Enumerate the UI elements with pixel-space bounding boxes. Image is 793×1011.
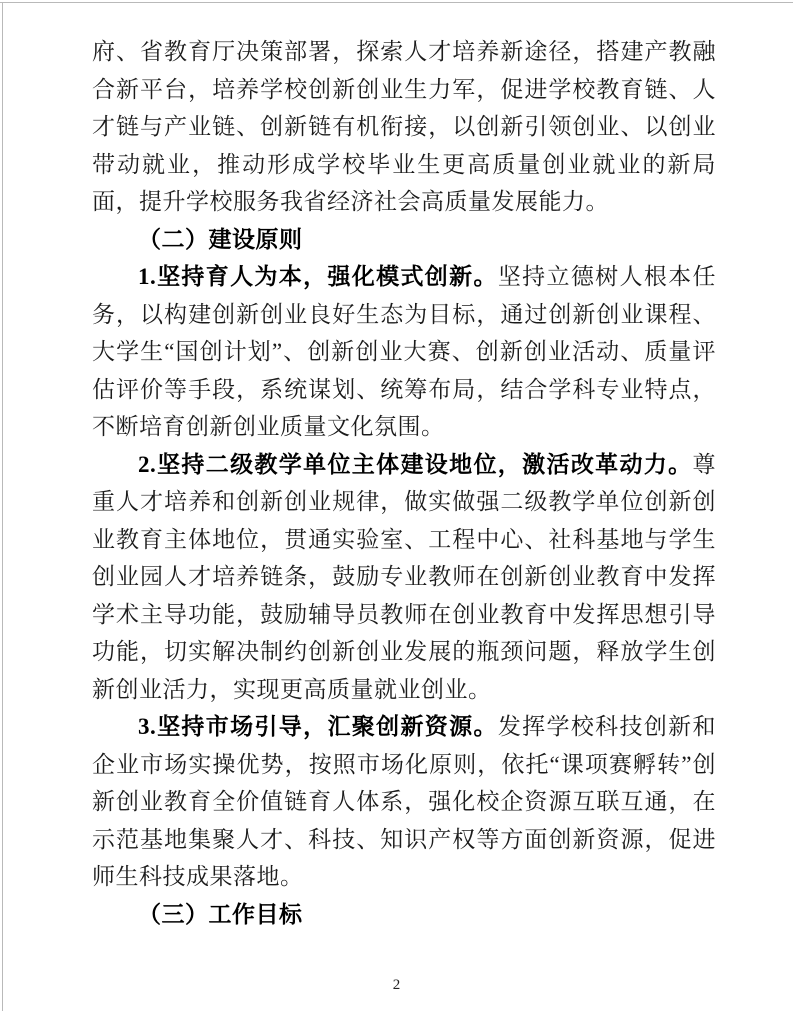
paragraph-principle-1: 1.坚持育人为本，强化模式创新。坚持立德树人根本任务，以构建创新创业良好生态为目… [92, 258, 716, 446]
document-body: 府、省教育厅决策部署，探索人才培养新途径，搭建产教融合新平台，培养学校创新创业生… [92, 33, 716, 933]
paragraph-principle-1-text: 坚持立德树人根本任务，以构建创新创业良好生态为目标，通过创新创业课程、大学生“国… [92, 264, 716, 439]
paragraph-principle-3: 3.坚持市场引导，汇聚创新资源。发挥学校科技创新和企业市场实操优势，按照市场化原… [92, 708, 716, 896]
paragraph-continued-from-previous-page: 府、省教育厅决策部署，探索人才培养新途径，搭建产教融合新平台，培养学校创新创业生… [92, 33, 716, 221]
section-heading-construction-principles: （二）建设原则 [92, 221, 716, 259]
paragraph-principle-2-lead: 2.坚持二级教学单位主体建设地位，激活改革动力。 [138, 452, 693, 477]
section-heading-work-goals: （三）工作目标 [92, 896, 716, 934]
paragraph-principle-3-text: 发挥学校科技创新和企业市场实操优势，按照市场化原则，依托“课项赛孵转”创新创业教… [92, 714, 716, 889]
paragraph-principle-1-lead: 1.坚持育人为本，强化模式创新。 [138, 264, 498, 289]
paragraph-principle-2: 2.坚持二级教学单位主体建设地位，激活改革动力。尊重人才培养和创新创业规律，做实… [92, 446, 716, 709]
page-number: 2 [0, 976, 793, 994]
paragraph-principle-2-text: 尊重人才培养和创新创业规律，做实做强二级教学单位创新创业教育主体地位，贯通实验室… [92, 452, 716, 702]
document-page: 府、省教育厅决策部署，探索人才培养新途径，搭建产教融合新平台，培养学校创新创业生… [0, 0, 793, 1011]
paragraph-principle-3-lead: 3.坚持市场引导，汇聚创新资源。 [138, 714, 498, 739]
page-top-edge-line [0, 2, 793, 3]
page-left-edge-line [2, 2, 3, 1011]
